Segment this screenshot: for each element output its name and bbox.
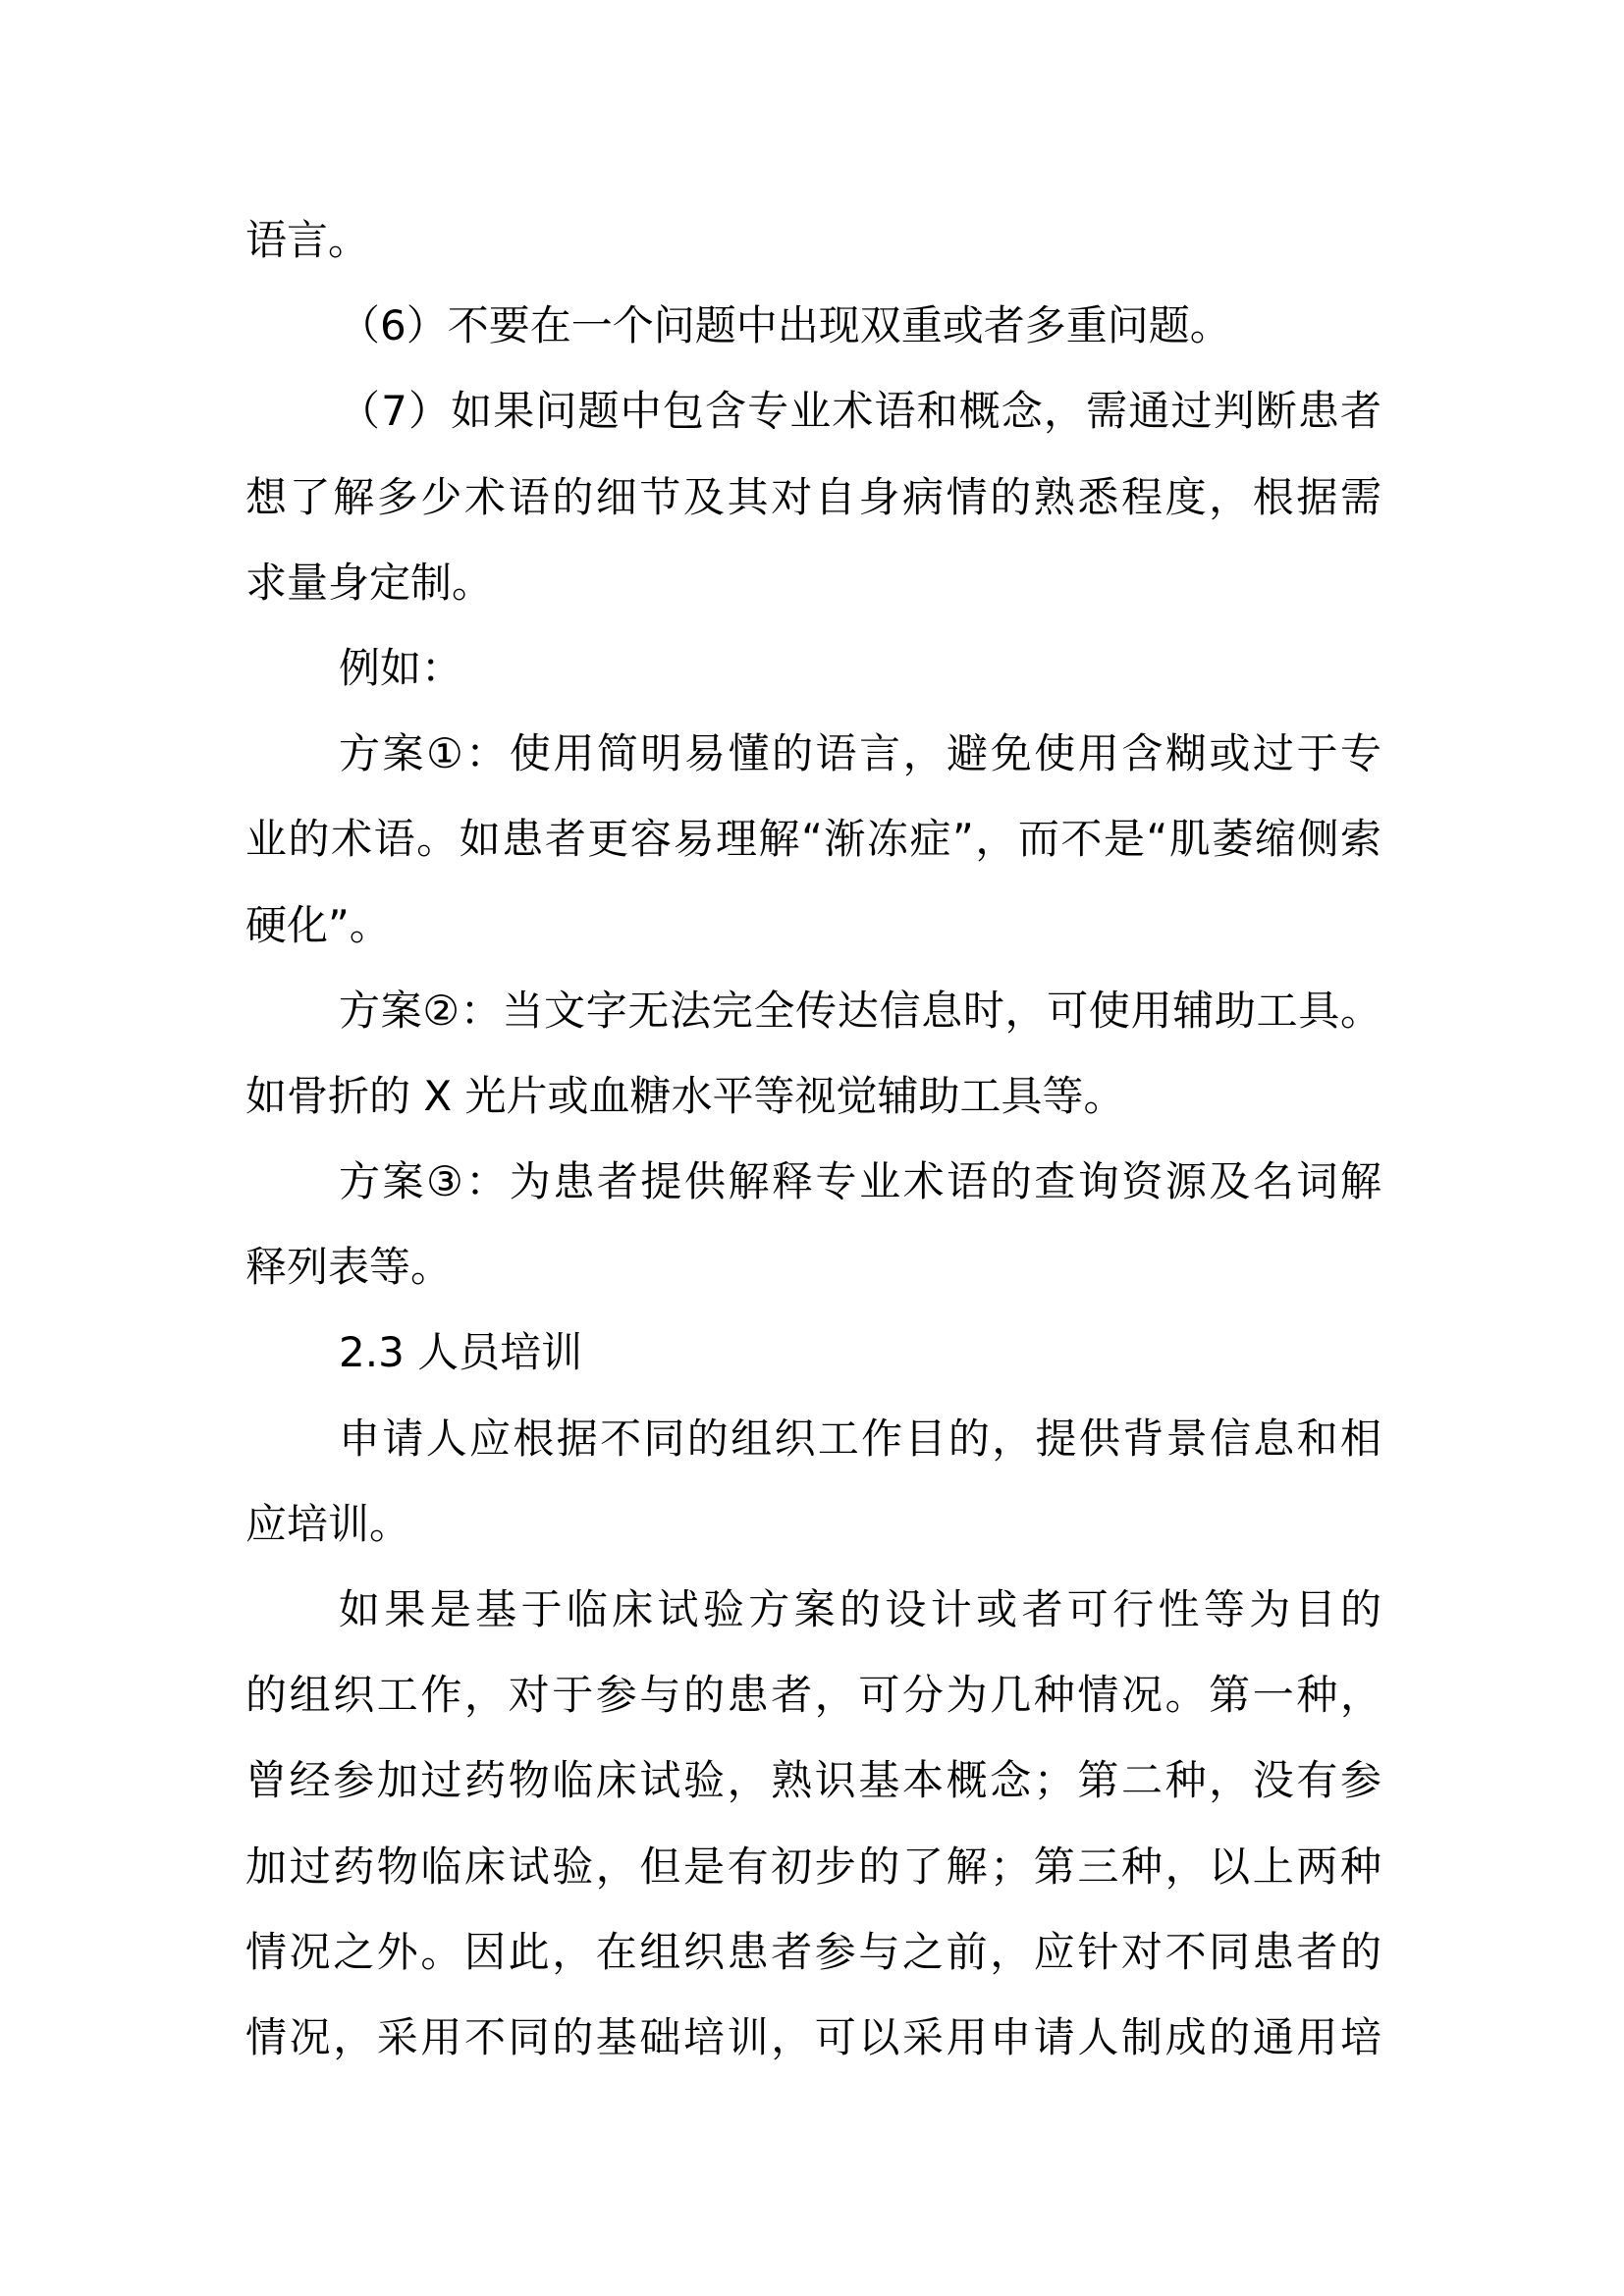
paragraph-line: 如骨折的 X 光片或血糖水平等视觉辅助工具等。 (245, 1069, 1381, 1154)
paragraph-line: 硬化”。 (245, 898, 1381, 984)
paragraph-line: 的组织工作，对于参与的患者，可分为几种情况。第一种， (245, 1668, 1381, 1753)
paragraph-line: 语言。 (245, 213, 1381, 298)
paragraph-line: 求量身定制。 (245, 556, 1381, 641)
document-page: 语言。 （6）不要在一个问题中出现双重或者多重问题。 （7）如果问题中包含专业术… (245, 213, 1381, 2096)
paragraph-line: 情况之外。因此，在组织患者参与之前，应针对不同患者的 (245, 1925, 1381, 2010)
paragraph-line: 曾经参加过药物临床试验，熟识基本概念；第二种，没有参 (245, 1753, 1381, 1839)
list-item-6: （6）不要在一个问题中出现双重或者多重问题。 (245, 298, 1381, 384)
paragraph-line: 应培训。 (245, 1497, 1381, 1582)
scheme-1: 方案①：使用简明易懂的语言，避免使用含糊或过于专 (245, 726, 1381, 812)
paragraph-line: 业的术语。如患者更容易理解“渐冻症”，而不是“肌萎缩侧索 (245, 812, 1381, 897)
scheme-2: 方案②：当文字无法完全传达信息时，可使用辅助工具。 (245, 984, 1381, 1069)
paragraph-line: 加过药物临床试验，但是有初步的了解；第三种，以上两种 (245, 1840, 1381, 1925)
example-label: 例如： (245, 641, 1381, 726)
paragraph-line: 申请人应根据不同的组织工作目的，提供背景信息和相 (245, 1412, 1381, 1497)
list-item-7: （7）如果问题中包含专业术语和概念，需通过判断患者 (245, 384, 1381, 469)
scheme-3: 方案③：为患者提供解释专业术语的查询资源及名词解 (245, 1154, 1381, 1240)
paragraph-line: 情况，采用不同的基础培训，可以采用申请人制成的通用培 (245, 2010, 1381, 2096)
section-heading: 2.3 人员培训 (245, 1325, 1381, 1411)
paragraph-line: 如果是基于临床试验方案的设计或者可行性等为目的 (245, 1582, 1381, 1668)
paragraph-line: 想了解多少术语的细节及其对自身病情的熟悉程度，根据需 (245, 470, 1381, 556)
paragraph-line: 释列表等。 (245, 1240, 1381, 1325)
